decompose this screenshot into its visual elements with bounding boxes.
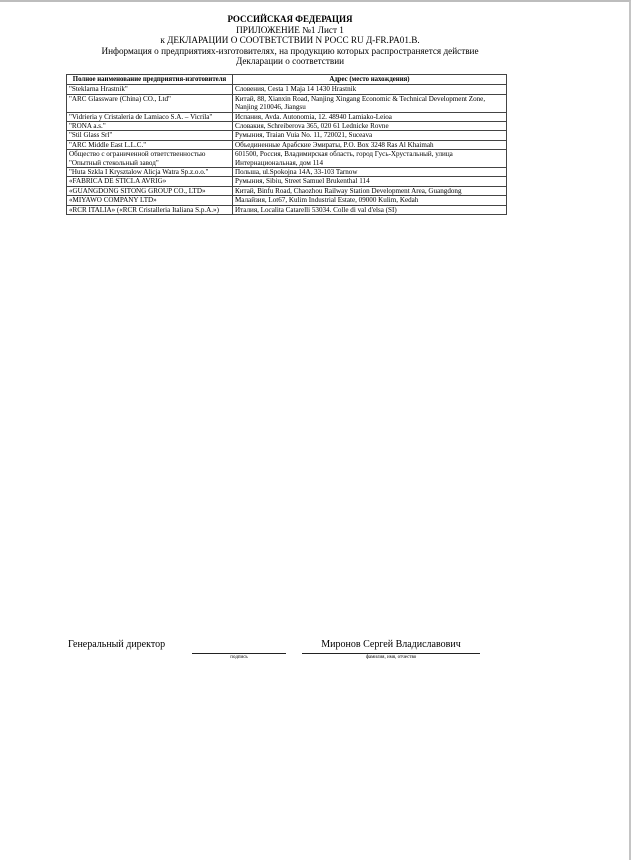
column-header-name: Полное наименование предприятия-изготови… [67,75,233,85]
manufacturer-name-cell: «RCR ITALIA» («RCR Cristalleria Italiana… [67,205,233,214]
document-header: РОССИЙСКАЯ ФЕДЕРАЦИЯ ПРИЛОЖЕНИЕ №1 Лист … [60,14,520,67]
signature-line [192,653,286,654]
table-row: "ARC Middle East L.L.C."Объединенные Ара… [67,140,507,149]
manufacturer-address-cell: Румыния, Sibiu, Street Samuel Brukenthal… [233,177,507,186]
manufacturer-name-cell: «GUANGDONG SITONG GROUP CO., LTD» [67,186,233,195]
declaration-number: к ДЕКЛАРАЦИИ О СООТВЕТСТВИИ N РОСС RU Д-… [60,35,520,46]
manufacturer-name-cell: "ARC Glassware (China) CO., Ltd" [67,94,233,112]
manufacturer-address-cell: Объединенные Арабские Эмираты, P.O. Box … [233,140,507,149]
manufacturers-table: Полное наименование предприятия-изготови… [66,74,507,215]
manufacturer-name-cell: «MIYAWO COMPANY LTD» [67,196,233,205]
manufacturer-address-cell: Словакия, Schreiberova 365, 020 61 Ledni… [233,122,507,131]
manufacturer-address-cell: Испания, Avda. Autonomia, 12. 48940 Lami… [233,112,507,121]
name-line [302,653,480,654]
signature-block: Генеральный директор подпись Миронов Сер… [0,639,633,669]
manufacturer-name-cell: "Vidrieria y Cristaleria de Lamiaco S.A.… [67,112,233,121]
table-row: "Steklarna Hrastnik"Словения, Cesta 1 Ma… [67,85,507,94]
manufacturer-address-cell: Малайзия, Lot67, Kulim Industrial Estate… [233,196,507,205]
signatory-name: Миронов Сергей Владиславович [302,639,480,650]
name-caption: фамилия, имя, отчество [302,655,480,660]
table-row: «RCR ITALIA» («RCR Cristalleria Italiana… [67,205,507,214]
manufacturer-address-cell: Польша, ul.Spokojna 14A, 33-103 Tarnow [233,168,507,177]
table-row: «FABRICA DE STICLA AVRIG»Румыния, Sibiu,… [67,177,507,186]
manufacturer-name-cell: "ARC Middle East L.L.C." [67,140,233,149]
country-title: РОССИЙСКАЯ ФЕДЕРАЦИЯ [60,14,520,25]
manufacturer-name-cell: "Steklarna Hrastnik" [67,85,233,94]
table-row: "RONA a.s."Словакия, Schreiberova 365, 0… [67,122,507,131]
manufacturer-address-cell: Румыния, Traian Vuia No. 11, 720021, Suc… [233,131,507,140]
table-row: «MIYAWO COMPANY LTD»Малайзия, Lot67, Kul… [67,196,507,205]
table-row: «GUANGDONG SITONG GROUP CO., LTD»Китай, … [67,186,507,195]
info-line-1: Информация о предприятиях-изготовителях,… [60,46,520,57]
manufacturer-address-cell: Китай, Binfu Road, Chaozhou Railway Stat… [233,186,507,195]
table-row: "ARC Glassware (China) CO., Ltd"Китай, 8… [67,94,507,112]
column-header-address: Адрес (место нахождения) [233,75,507,85]
manufacturer-address-cell: Италия, Localita Catarelli 53034. Colle … [233,205,507,214]
manufacturer-name-cell: "Huta Szkla I Krysztalow Alicja Watra Sp… [67,168,233,177]
signatory-role: Генеральный директор [68,639,165,650]
info-line-2: Декларации о соответствии [60,56,520,67]
table-row: "Stil Glass Srl"Румыния, Traian Vuia No.… [67,131,507,140]
appendix-label: ПРИЛОЖЕНИЕ №1 Лист 1 [60,25,520,36]
table-row: "Vidrieria y Cristaleria de Lamiaco S.A.… [67,112,507,121]
table-row: Общество с ограниченной ответственностью… [67,150,507,168]
manufacturer-name-cell: «FABRICA DE STICLA AVRIG» [67,177,233,186]
signature-caption: подпись [192,655,286,660]
manufacturer-address-cell: 601500, Россия, Владимирская область, го… [233,150,507,168]
manufacturer-name-cell: Общество с ограниченной ответственностью… [67,150,233,168]
manufacturer-address-cell: Словения, Cesta 1 Maja 14 1430 Hrastnik [233,85,507,94]
table-row: "Huta Szkla I Krysztalow Alicja Watra Sp… [67,168,507,177]
manufacturer-address-cell: Китай, 88, Xianxin Road, Nanjing Xingang… [233,94,507,112]
manufacturer-name-cell: "Stil Glass Srl" [67,131,233,140]
manufacturer-name-cell: "RONA a.s." [67,122,233,131]
table-header-row: Полное наименование предприятия-изготови… [67,75,507,85]
